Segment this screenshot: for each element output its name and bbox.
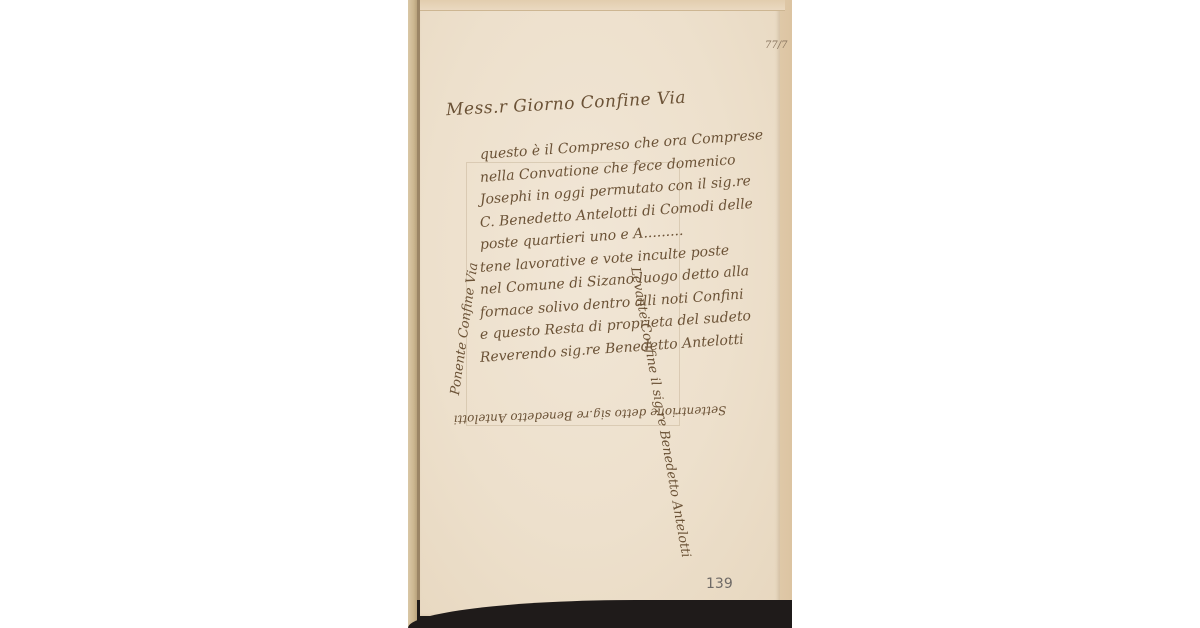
- address-line: Mess.r Giorno Confine Via: [446, 88, 687, 121]
- body-text: questo è il Compreso che ora Comprese ne…: [480, 144, 764, 369]
- top-page-fold: [420, 0, 785, 11]
- book-spine: [408, 0, 417, 628]
- folio-number-top: 77/7: [765, 40, 787, 51]
- manuscript-scan: 77/7 Mess.r Giorno Confine Via questo è …: [408, 0, 792, 628]
- folio-number-bottom: 139: [706, 576, 733, 592]
- manuscript-page: 77/7 Mess.r Giorno Confine Via questo è …: [420, 6, 780, 616]
